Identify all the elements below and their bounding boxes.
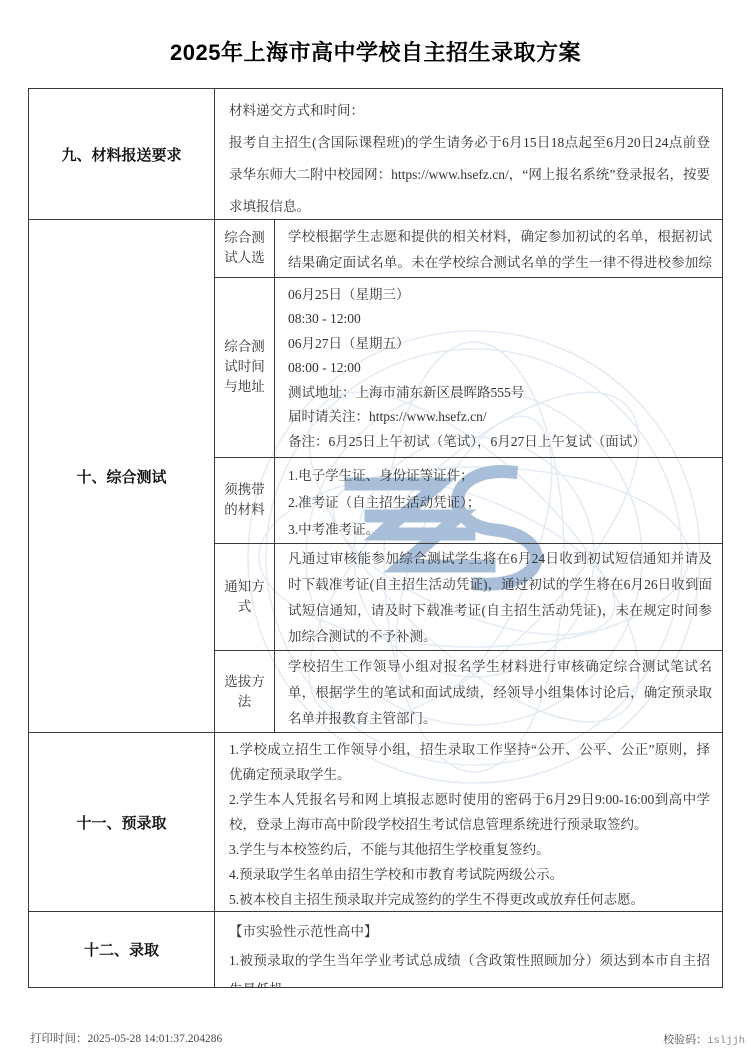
checksum-label: 校验码： bbox=[663, 1034, 707, 1046]
subrow-selection-method: 选拔方法 学校招生工作领导小组对报名学生材料进行审核确定综合测试笔试名单，根据学… bbox=[215, 651, 722, 732]
schedule-line-website: 届时请关注：https://www.hsefz.cn/ bbox=[288, 405, 714, 430]
row-label-pre-admission: 十一、预录取 bbox=[29, 733, 215, 911]
admission-content: 【市实验性示范性高中】 1.被预录取的学生当年学业考试总成绩（含政策性照顾加分）… bbox=[215, 912, 722, 987]
section-pre-admission: 十一、预录取 1.学校成立招生工作领导小组，招生录取工作坚持“公开、公平、公正”… bbox=[29, 733, 722, 912]
subrow-label-schedule: 综合测试时间与地址 bbox=[215, 278, 275, 457]
paragraph-candidates: 学校根据学生志愿和提供的相关材料，确定参加初试的名单，根据初试结果确定面试名单。… bbox=[288, 224, 712, 278]
selection-content: 学校招生工作领导小组对报名学生材料进行审核确定综合测试笔试名单，根据学生的笔试和… bbox=[275, 651, 722, 732]
paragraph-submission-heading: 材料递交方式和时间： bbox=[229, 95, 710, 127]
row-label-comprehensive-test: 十、综合测试 bbox=[29, 220, 215, 732]
paragraph-notification: 凡通过审核能参加综合测试学生将在6月24日收到初试短信通知并请及时下载准考证(自… bbox=[288, 546, 712, 650]
row-label-admission: 十二、录取 bbox=[29, 912, 215, 987]
checksum-value: isljjh bbox=[707, 1035, 745, 1047]
admission-plan-table: 九、材料报送要求 材料递交方式和时间： 报考自主招生(含国际课程班)的学生请务必… bbox=[28, 88, 723, 988]
pre-admission-item-2: 2.学生本人凭报名号和网上填报志愿时使用的密码于6月29日9:00-16:00到… bbox=[229, 787, 710, 837]
comprehensive-test-subtable: 综合测试人选 学校根据学生志愿和提供的相关材料，确定参加初试的名单，根据初试结果… bbox=[215, 220, 722, 732]
candidates-content: 学校根据学生志愿和提供的相关材料，确定参加初试的名单，根据初试结果确定面试名单。… bbox=[275, 220, 722, 277]
notification-content: 凡通过审核能参加综合测试学生将在6月24日收到初试短信通知并请及时下载准考证(自… bbox=[275, 544, 722, 650]
subrow-test-schedule: 综合测试时间与地址 06月25日（星期三） 08:30 - 12:00 06月2… bbox=[215, 278, 722, 458]
schedule-line-remark: 备注：6月25日上午初试（笔试），6月27日上午复试（面试） bbox=[288, 430, 714, 455]
section-materials-submission: 九、材料报送要求 材料递交方式和时间： 报考自主招生(含国际课程班)的学生请务必… bbox=[29, 89, 722, 220]
paragraph-selection: 学校招生工作领导小组对报名学生材料进行审核确定综合测试笔试名单，根据学生的笔试和… bbox=[288, 654, 712, 732]
page-title: 2025年上海市高中学校自主招生录取方案 bbox=[0, 36, 751, 67]
pre-admission-item-4: 4.预录取学生名单由招生学校和市教育考试院两级公示。 bbox=[229, 862, 710, 887]
schedule-line-date1: 06月25日（星期三） bbox=[288, 283, 714, 308]
schedule-line-time2: 08:00 - 12:00 bbox=[288, 356, 714, 381]
subrow-test-candidates: 综合测试人选 学校根据学生志愿和提供的相关材料，确定参加初试的名单，根据初试结果… bbox=[215, 220, 722, 278]
materials-item-1: 1.电子学生证、身份证等证件； bbox=[288, 462, 714, 489]
print-time-value: 2025-05-28 14:01:37.204286 bbox=[88, 1033, 223, 1045]
subrow-label-candidates: 综合测试人选 bbox=[215, 220, 275, 277]
pre-admission-content: 1.学校成立招生工作领导小组，招生录取工作坚持“公开、公平、公正”原则，择优确定… bbox=[215, 733, 722, 911]
materials-submission-content: 材料递交方式和时间： 报考自主招生(含国际课程班)的学生请务必于6月15日18点… bbox=[215, 89, 722, 219]
admission-heading: 【市实验性示范性高中】 bbox=[229, 917, 710, 946]
materials-list: 1.电子学生证、身份证等证件； 2.准考证（自主招生活动凭证）； 3.中考准考证… bbox=[275, 458, 722, 544]
admission-item-1: 1.被预录取的学生当年学业考试总成绩（含政策性照顾加分）须达到本市自主招生最低投 bbox=[229, 946, 710, 987]
section-comprehensive-test: 十、综合测试 综合测试人选 学校根据学生志愿和提供的相关材料，确定参加初试的名单… bbox=[29, 220, 722, 733]
subrow-label-notification: 通知方式 bbox=[215, 544, 275, 650]
pre-admission-item-3: 3.学生与本校签约后，不能与其他招生学校重复签约。 bbox=[229, 837, 710, 862]
paragraph-submission-detail: 报考自主招生(含国际课程班)的学生请务必于6月15日18点起至6月20日24点前… bbox=[229, 127, 710, 220]
pre-admission-item-1: 1.学校成立招生工作领导小组，招生录取工作坚持“公开、公平、公正”原则，择优确定… bbox=[229, 737, 710, 787]
print-time-label: 打印时间： bbox=[30, 1033, 88, 1045]
print-time: 打印时间：2025-05-28 14:01:37.204286 bbox=[30, 1030, 222, 1046]
schedule-line-date2: 06月27日（星期五） bbox=[288, 332, 714, 357]
subrow-label-selection: 选拔方法 bbox=[215, 651, 275, 732]
schedule-line-address: 测试地址：上海市浦东新区晨晖路555号 bbox=[288, 381, 714, 406]
row-label-materials-submission: 九、材料报送要求 bbox=[29, 89, 215, 219]
subrow-label-materials: 须携带的材料 bbox=[215, 458, 275, 544]
section-admission: 十二、录取 【市实验性示范性高中】 1.被预录取的学生当年学业考试总成绩（含政策… bbox=[29, 912, 722, 987]
materials-item-3: 3.中考准考证。 bbox=[288, 516, 714, 543]
subrow-notification-method: 通知方式 凡通过审核能参加综合测试学生将在6月24日收到初试短信通知并请及时下载… bbox=[215, 544, 722, 651]
pre-admission-item-5: 5.被本校自主招生预录取并完成签约的学生不得更改或放弃任何志愿。 bbox=[229, 887, 710, 912]
schedule-content: 06月25日（星期三） 08:30 - 12:00 06月27日（星期五） 08… bbox=[275, 278, 722, 457]
schedule-line-time1: 08:30 - 12:00 bbox=[288, 307, 714, 332]
checksum: 校验码：isljjh bbox=[663, 1031, 745, 1047]
document-page: 2025年上海市高中学校自主招生录取方案 九、材料报送要求 材料递交方式和时间：… bbox=[0, 0, 751, 1063]
materials-item-2: 2.准考证（自主招生活动凭证）； bbox=[288, 489, 714, 516]
subrow-required-materials: 须携带的材料 1.电子学生证、身份证等证件； 2.准考证（自主招生活动凭证）； … bbox=[215, 458, 722, 545]
